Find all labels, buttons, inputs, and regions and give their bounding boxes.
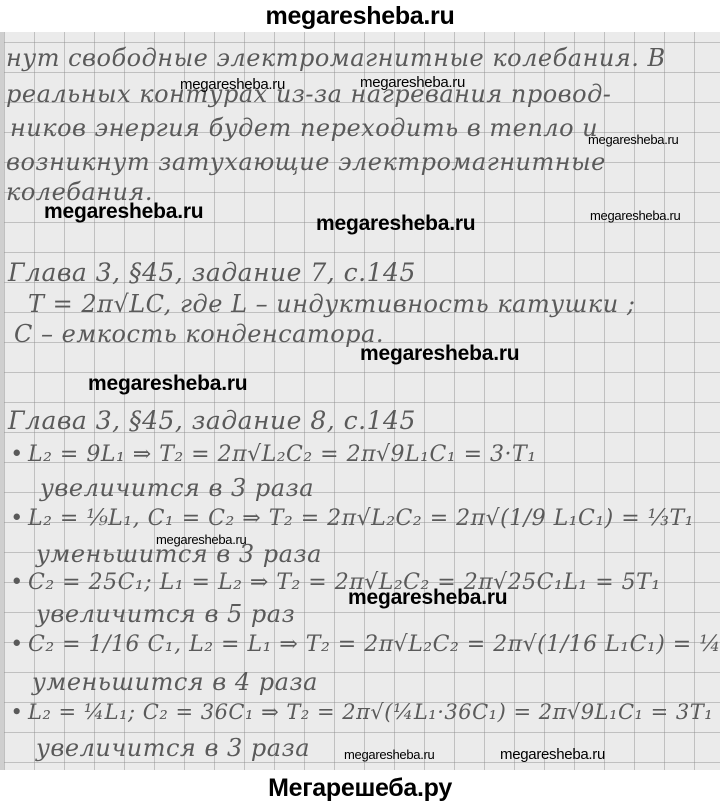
task8-result: увеличится в 3 раза — [36, 734, 310, 762]
watermark: megaresheba.ru — [590, 208, 680, 223]
watermark: megaresheba.ru — [500, 746, 605, 763]
task7-line: C – емкость конденсатора. — [14, 320, 384, 348]
task8-result: уменьшится в 4 раза — [32, 668, 318, 696]
bullet: • — [6, 632, 28, 657]
intro-line: ников энергия будет переходить в тепло и — [10, 114, 598, 142]
task8-formula: •L₂ = ¼L₁; C₂ = 36C₁ ⇒ T₂ = 2π√(¼L₁·36C₁… — [6, 700, 713, 724]
intro-line: реальных контурах из-за нагревания прово… — [6, 80, 611, 108]
task7-heading: Глава 3, §45, задание 7, с.145 — [8, 258, 416, 287]
watermark: megaresheba.ru — [316, 212, 475, 236]
watermark: megaresheba.ru — [348, 586, 507, 610]
watermark: megaresheba.ru — [156, 532, 246, 547]
watermark: megaresheba.ru — [44, 200, 203, 224]
task8-result: увеличится в 3 раза — [40, 474, 314, 502]
task8-formula: •L₂ = 9L₁ ⇒ T₂ = 2π√L₂C₂ = 2π√9L₁C₁ = 3·… — [6, 442, 537, 467]
task8-heading: Глава 3, §45, задание 8, с.145 — [8, 406, 416, 435]
task8-formula: •L₂ = ⅑L₁, C₁ = C₂ ⇒ T₂ = 2π√L₂C₂ = 2π√(… — [6, 506, 694, 531]
watermark: megaresheba.ru — [88, 372, 247, 396]
notebook-page: нут свободные электромагнитные колебания… — [0, 32, 720, 770]
bullet: • — [6, 700, 28, 724]
site-footer-watermark: Мегарешеба.ру — [0, 770, 720, 805]
watermark: megaresheba.ru — [344, 747, 434, 762]
watermark: megaresheba.ru — [588, 132, 678, 147]
site-header-watermark: megaresheba.ru — [0, 0, 720, 32]
intro-line: нут свободные электромагнитные колебания… — [6, 44, 666, 72]
intro-line: возникнут затухающие электромагнитные — [6, 148, 606, 176]
task8-formula: •C₂ = 1/16 C₁, L₂ = L₁ ⇒ T₂ = 2π√L₂C₂ = … — [6, 632, 720, 657]
task7-line: T = 2π√LC, где L – индуктивность катушки… — [28, 290, 635, 318]
watermark: megaresheba.ru — [360, 342, 519, 366]
watermark: megaresheba.ru — [180, 76, 285, 93]
task8-formula: •C₂ = 25C₁; L₁ = L₂ ⇒ T₂ = 2π√L₂C₂ = 2π√… — [6, 570, 661, 595]
watermark: megaresheba.ru — [360, 74, 465, 91]
bullet: • — [6, 442, 28, 467]
task8-result: увеличится в 5 раз — [36, 600, 295, 628]
bullet: • — [6, 506, 28, 531]
bullet: • — [6, 570, 28, 595]
